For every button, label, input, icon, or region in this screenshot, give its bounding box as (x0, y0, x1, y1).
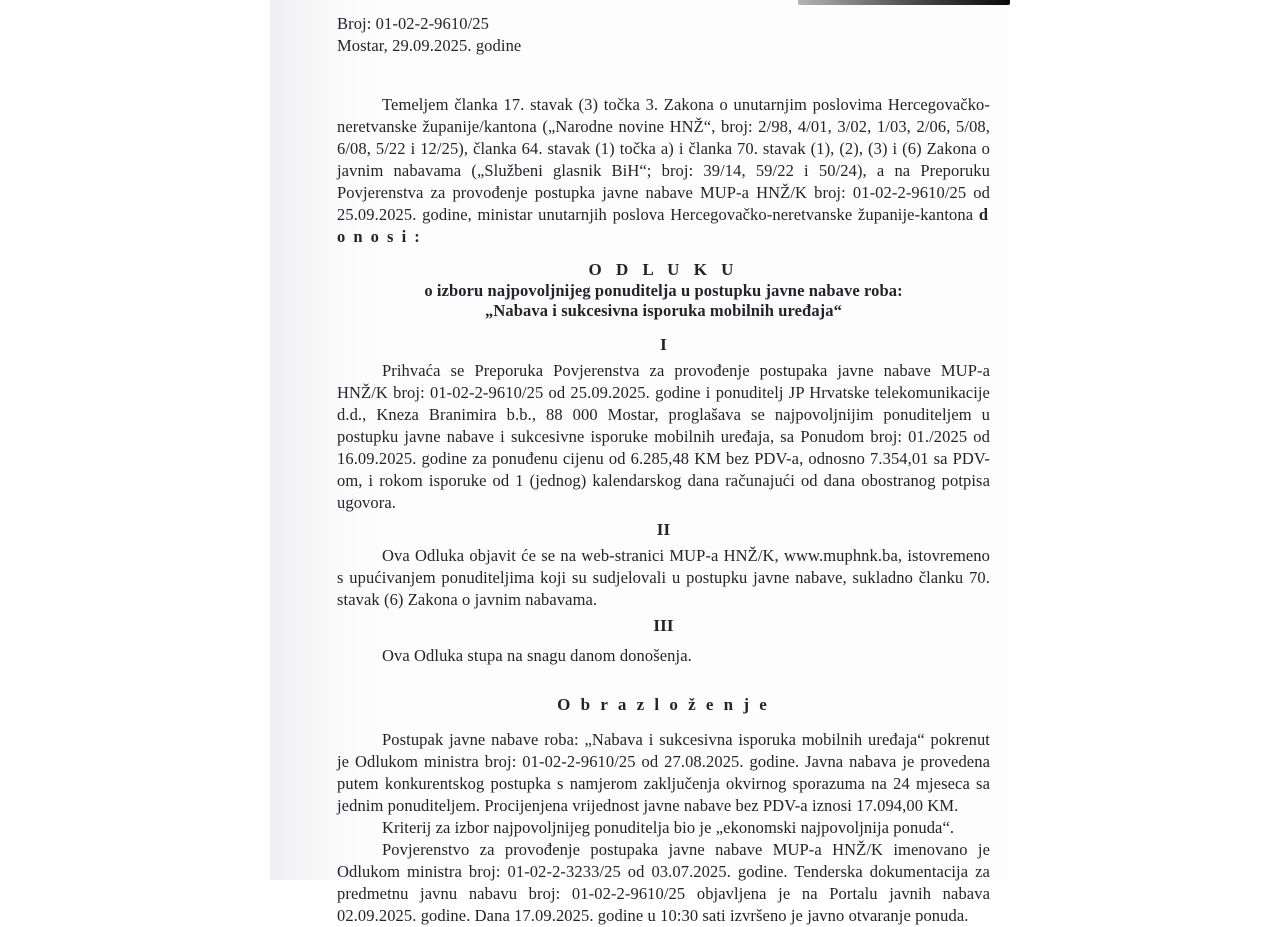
document-page: Broj: 01-02-2-9610/25 Mostar, 29.09.2025… (270, 0, 1010, 880)
section-2-paragraph: Ova Odluka objavit će se na web-stranici… (337, 545, 990, 611)
doc-place-date: Mostar, 29.09.2025. godine (337, 35, 990, 57)
preamble-paragraph: Temeljem članka 17. stavak (3) točka 3. … (337, 94, 990, 248)
explanation-heading: O b r a z l o ž e n j e (337, 694, 990, 716)
decision-title: O D L U K U (337, 259, 990, 281)
explanation-paragraph-3: Povjerenstvo za provođenje postupaka jav… (337, 839, 990, 880)
decision-subtitle-1: o izboru najpovoljnijeg ponuditelja u po… (337, 281, 990, 301)
decision-subtitle-2: „Nabava i sukcesivna isporuka mobilnih u… (337, 301, 990, 321)
section-numeral-1: I (337, 334, 990, 356)
explanation-paragraph-2: Kriterij za izbor najpovoljnijeg ponudit… (337, 817, 990, 839)
document-content: Broj: 01-02-2-9610/25 Mostar, 29.09.2025… (337, 0, 990, 880)
document-header: Broj: 01-02-2-9610/25 Mostar, 29.09.2025… (337, 0, 990, 57)
section-numeral-2: II (337, 519, 990, 541)
section-1-paragraph: Prihvaća se Preporuka Povjerenstva za pr… (337, 360, 990, 514)
preamble-text: Temeljem članka 17. stavak (3) točka 3. … (337, 95, 990, 224)
section-numeral-3: III (337, 615, 990, 637)
doc-number: Broj: 01-02-2-9610/25 (337, 13, 990, 35)
explanation-paragraph-1: Postupak javne nabave roba: „Nabava i su… (337, 729, 990, 817)
section-3-paragraph: Ova Odluka stupa na snagu danom donošenj… (337, 645, 990, 667)
